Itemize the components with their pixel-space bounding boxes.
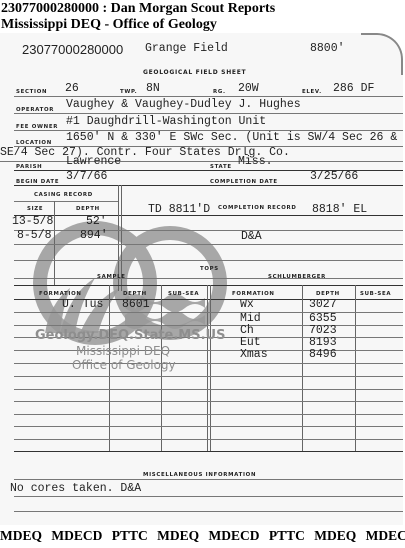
casing-depth-2: 894': [80, 229, 108, 242]
completion-record-label: COMPLETION RECORD: [218, 205, 297, 211]
elev-label: ELEV.: [302, 89, 322, 95]
watermark-agency: Mississippi DEQ: [76, 344, 170, 358]
schlum-depth-1: 3027: [309, 298, 337, 311]
operator-value: Vaughey & Vaughey-Dudley J. Hughes: [66, 98, 301, 111]
misc-info-label: MISCELLANEOUS INFORMATION: [143, 472, 256, 478]
tops-label: TOPS: [200, 266, 219, 272]
completion-date-value: 3/25/66: [310, 170, 358, 183]
begin-date-value: 3/7/66: [66, 170, 107, 183]
casing-record-label: CASING RECORD: [34, 192, 93, 198]
watermark-url: Geology.DEQ.State.MS.US: [35, 328, 225, 343]
section-value: 26: [65, 82, 79, 95]
section-label: SECTION: [16, 89, 47, 95]
completion-td: TD 8811'D: [148, 203, 210, 216]
schlum-subsea-header: SUB-SEA: [360, 291, 391, 297]
sample-depth-header: DEPTH: [123, 291, 147, 297]
casing-size-1: 13-5/8: [12, 215, 53, 228]
schlumberger-label: SCHLUMBERGER: [268, 274, 326, 280]
casing-size-2: 8-5/8: [17, 229, 52, 242]
twp-value: 8N: [146, 82, 160, 95]
fee-owner-value: #1 Daughdrill-Washington Unit: [66, 115, 266, 128]
schlum-formation-5: Xmas: [240, 348, 268, 361]
schlum-formation-1: Wx: [240, 298, 254, 311]
footer-sponsors: MDEQ MDECD PTTC MDEQ MDECD PTTC MDEQ MDE…: [0, 528, 405, 544]
field-name: Grange Field: [145, 42, 228, 55]
api-number: 23077000280000: [22, 42, 123, 57]
elev-value: 286 DF: [333, 82, 374, 95]
sample-formation-1: U. Tus: [62, 298, 103, 311]
state-value: Miss.: [238, 155, 273, 168]
schlum-depth-header: DEPTH: [316, 291, 340, 297]
parish-value: Lawrence: [66, 155, 121, 168]
agency-subtitle: Mississippi DEQ - Office of Geology: [1, 17, 217, 33]
geological-field-sheet-card: 23077000280000 Grange Field 8800' GEOLOG…: [0, 33, 403, 525]
sample-depth-1: 8601: [122, 298, 150, 311]
sample-subsea-header: SUB-SEA: [168, 291, 199, 297]
rg-value: 20W: [238, 82, 259, 95]
schlum-formation-header: FORMATION: [232, 291, 275, 297]
sample-label: SAMPLE: [97, 274, 126, 280]
casing-size-header: SIZE: [27, 206, 43, 212]
casing-depth-1: 52': [86, 215, 107, 228]
target-depth: 8800': [310, 42, 345, 55]
misc-info-value: No cores taken. D&A: [10, 482, 141, 495]
location-line1: 1650' N & 330' E SWc Sec. (Unit is SW/4 …: [66, 131, 397, 144]
twp-label: TWP.: [120, 89, 137, 95]
completion-result: D&A: [241, 230, 262, 243]
casing-depth-header: DEPTH: [76, 206, 100, 212]
rg-label: RG.: [213, 89, 226, 95]
watermark-office: Office of Geology: [72, 358, 176, 372]
sample-formation-header: FORMATION: [39, 291, 82, 297]
report-title: 23077000280000 : Dan Morgan Scout Report…: [1, 1, 275, 17]
schlum-depth-5: 8496: [309, 348, 337, 361]
completion-el: 8818' EL: [312, 203, 367, 216]
sheet-title: GEOLOGICAL FIELD SHEET: [143, 69, 246, 76]
